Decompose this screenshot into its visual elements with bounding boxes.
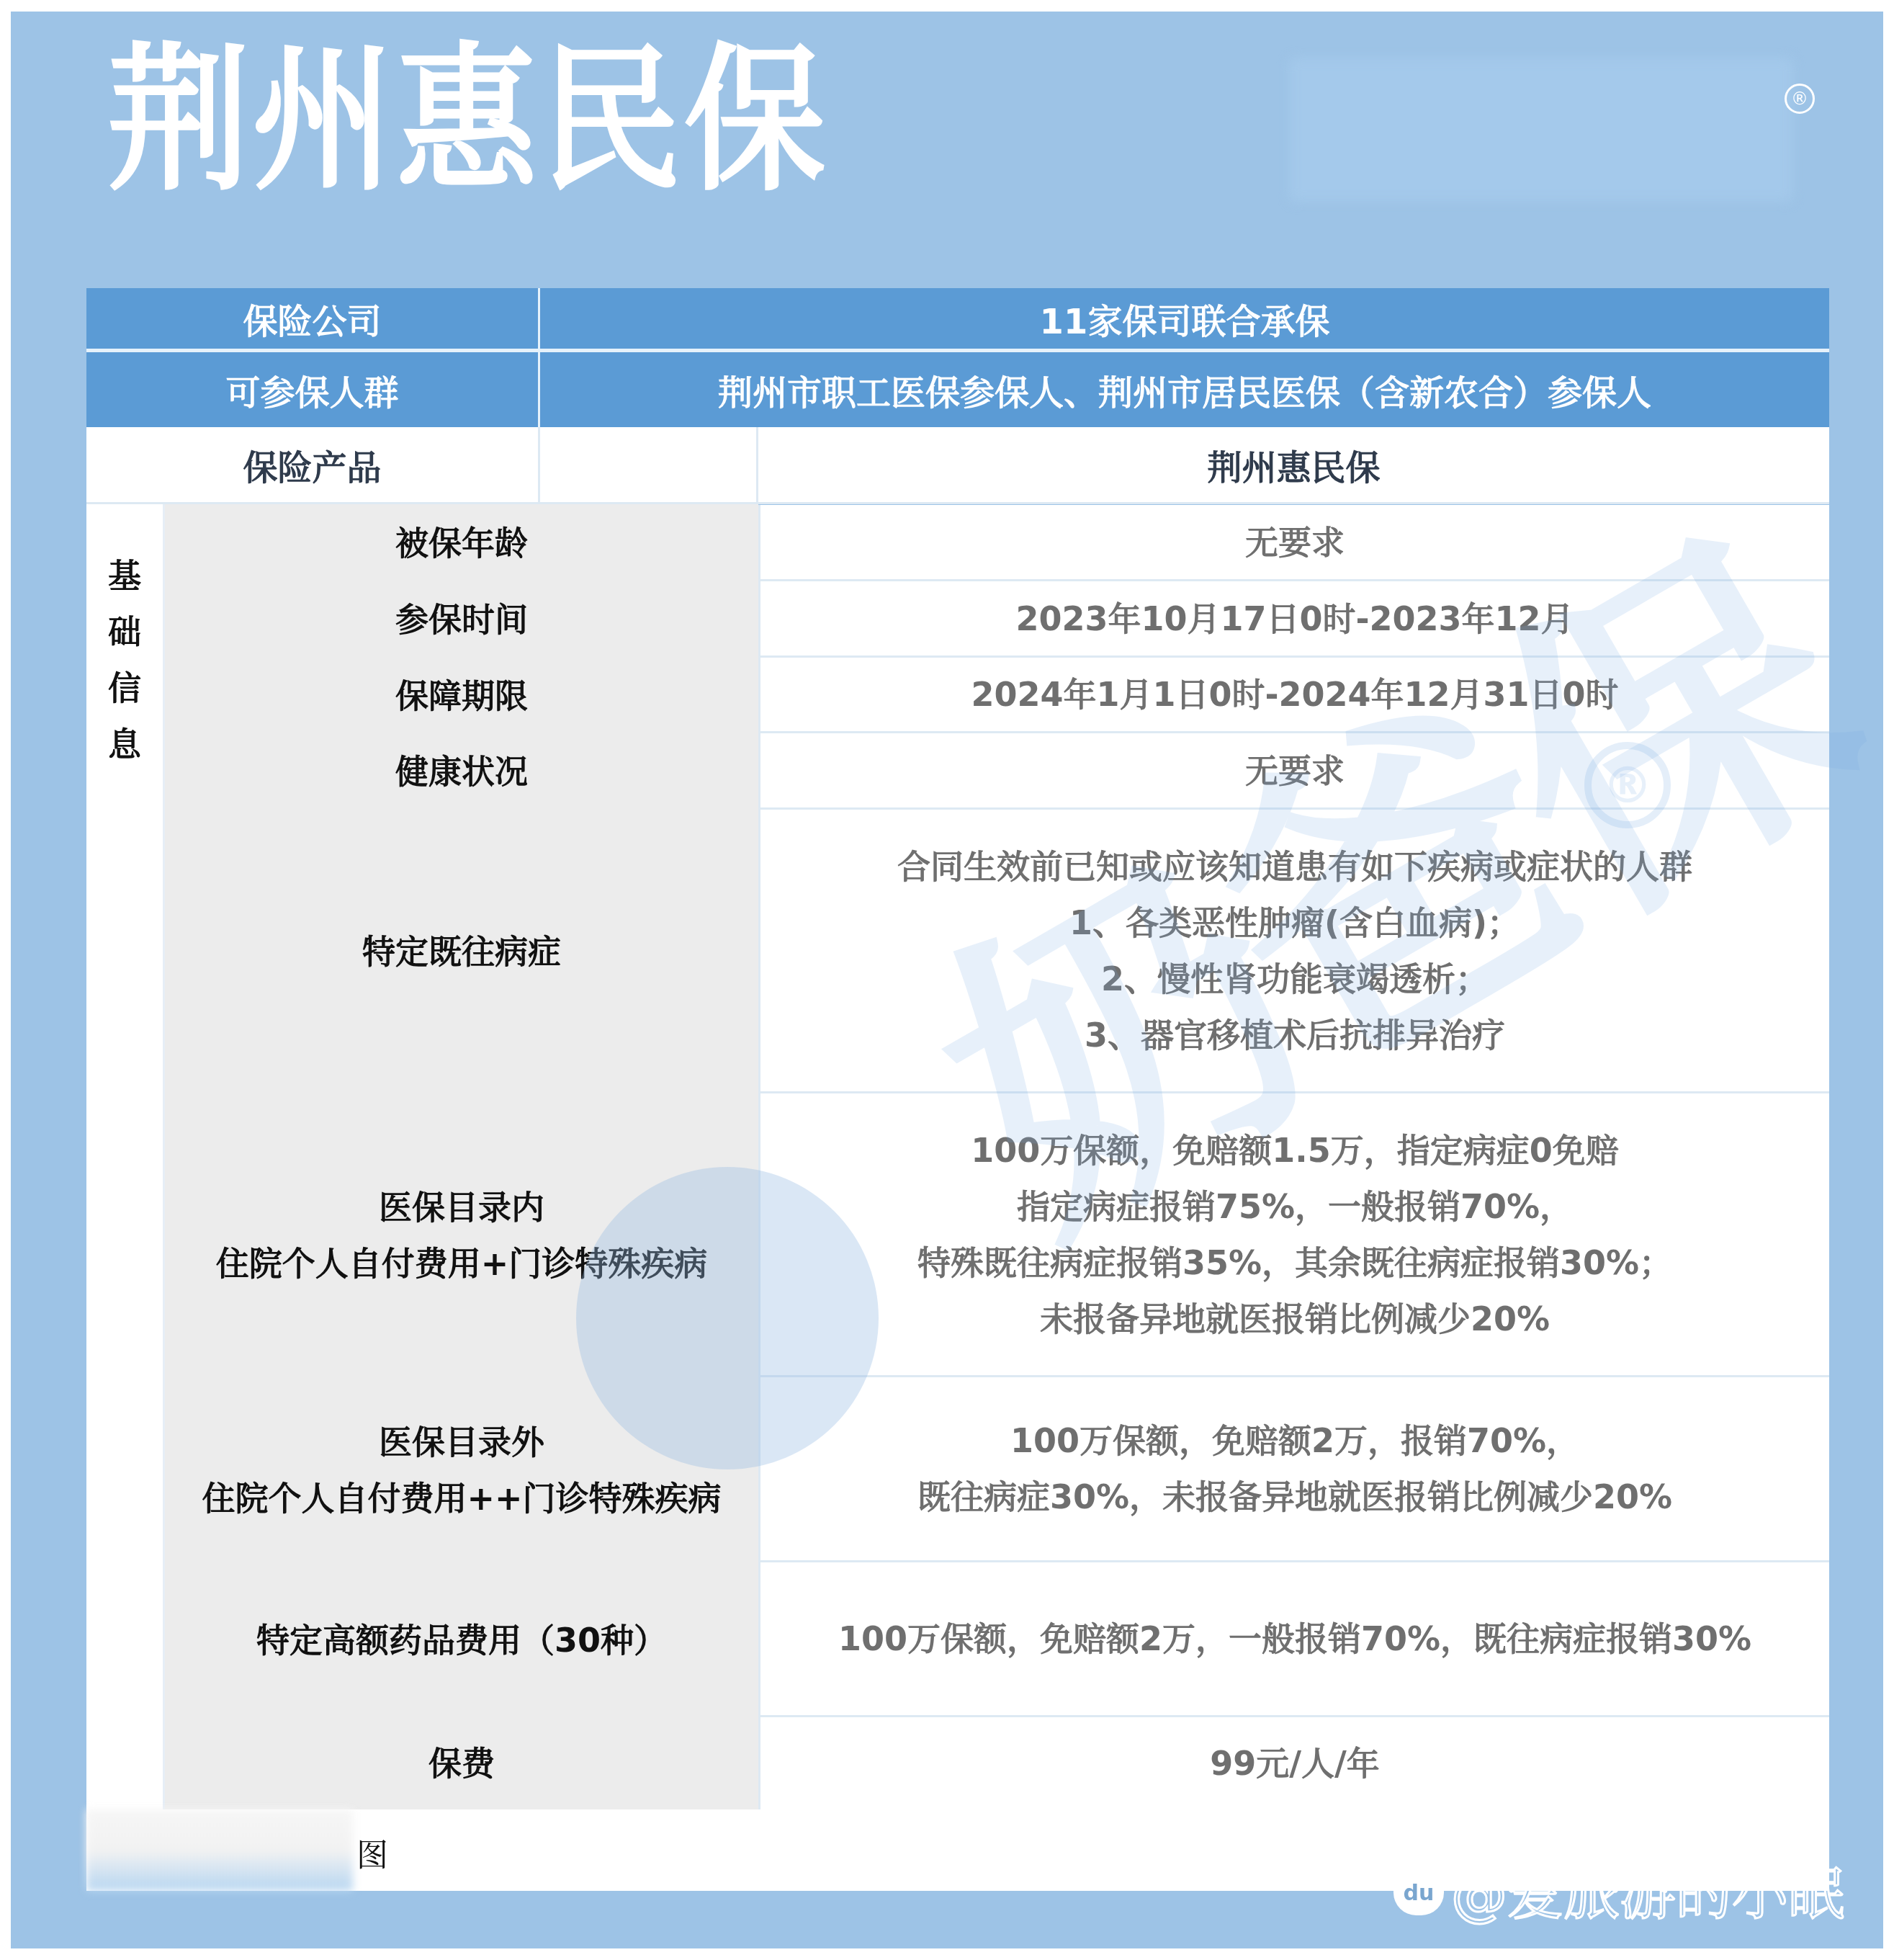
row-value-line: 指定病症报销75%，一般报销70%， [1017, 1178, 1573, 1235]
blurred-caption [86, 1809, 353, 1891]
row-label: 医保目录外 住院个人自付费用++门诊特殊疾病 [165, 1377, 758, 1562]
row-label: 保费 [165, 1717, 758, 1809]
table-row: 保障期限 2024年1月1日0时-2024年12月31日0时 [86, 658, 1829, 733]
table-row: 被保年龄 无要求 [86, 505, 1829, 581]
row-label-line: 健康状况 [395, 743, 528, 800]
row-label: 被保年龄 [165, 505, 758, 581]
blurred-logo [1289, 58, 1793, 202]
row-value-line: 2、慢性肾功能衰竭透析； [1101, 951, 1489, 1007]
row-value-line: 100万保额，免赔额2万，报销70%， [1010, 1413, 1579, 1469]
row-label-line: 医保目录内 [379, 1179, 544, 1235]
table-row: 医保目录内 住院个人自付费用+门诊特殊疾病 100万保额，免赔额1.5万，指定病… [86, 1093, 1829, 1377]
row-value: 无要求 [758, 733, 1829, 810]
row-value: 99元/人/年 [758, 1717, 1829, 1809]
credit-text: @爱旅游的小眠 [1451, 1850, 1844, 1930]
row-label: 健康状况 [165, 733, 758, 810]
table-row: 保费 99元/人/年 [86, 1717, 1829, 1809]
eligible-value: 荆州市职工医保参保人、荆州市居民医保（含新农合）参保人 [540, 352, 1829, 427]
row-value-line: 100万保额，免赔额2万，一般报销70%，既往病症报销30% [838, 1611, 1751, 1667]
row-value-line: 99元/人/年 [1210, 1735, 1380, 1791]
row-value-line: 未报备异地就医报销比例减少20% [1040, 1291, 1550, 1347]
row-value-line: 合同生效前已知或应该知道患有如下疾病或症状的人群 [897, 838, 1692, 895]
table-row: 参保时间 2023年10月17日0时-2023年12月 [86, 581, 1829, 658]
table-row-product: 保险产品 荆州惠民保 [86, 427, 1829, 504]
row-label: 保障期限 [165, 658, 758, 733]
product-spacer [540, 427, 758, 502]
row-label-line: 特定既往病症 [362, 923, 561, 980]
row-label: 特定高额药品费用（30种） [165, 1562, 758, 1717]
table-row: 健康状况 无要求 [86, 733, 1829, 810]
row-value: 100万保额，免赔额2万，报销70%， 既往病症30%，未报备异地就医报销比例减… [758, 1377, 1829, 1562]
row-value-line: 3、器官移植术后抗排异治疗 [1085, 1007, 1505, 1063]
row-value-line: 2023年10月17日0时-2023年12月 [1015, 591, 1574, 647]
row-value-line: 无要求 [1245, 743, 1345, 799]
row-value-line: 1、各类恶性肿瘤(含白血病)； [1069, 895, 1520, 951]
eligible-label: 可参保人群 [86, 352, 540, 427]
row-label-line: 保费 [428, 1735, 495, 1791]
product-value: 荆州惠民保 [758, 427, 1829, 502]
product-label: 保险产品 [86, 427, 540, 502]
baidu-paw-icon: du [1393, 1865, 1444, 1915]
row-label-line: 住院个人自付费用+门诊特殊疾病 [216, 1235, 708, 1292]
row-value-line: 既往病症30%，未报备异地就医报销比例减少20% [917, 1469, 1672, 1525]
table-row: 医保目录外 住院个人自付费用++门诊特殊疾病 100万保额，免赔额2万，报销70… [86, 1377, 1829, 1562]
table-row: 特定高额药品费用（30种） 100万保额，免赔额2万，一般报销70%，既往病症报… [86, 1562, 1829, 1717]
row-label-line: 医保目录外 [379, 1414, 544, 1470]
row-label-line: 被保年龄 [395, 515, 528, 571]
row-value: 合同生效前已知或应该知道患有如下疾病或症状的人群 1、各类恶性肿瘤(含白血病)；… [758, 810, 1829, 1093]
author-credit: du @爱旅游的小眠 [1393, 1850, 1844, 1930]
row-value-line: 100万保额，免赔额1.5万，指定病症0免赔 [971, 1122, 1619, 1178]
insurer-value: 11家保司联合承保 [540, 288, 1829, 349]
row-label: 参保时间 [165, 581, 758, 658]
row-value: 无要求 [758, 505, 1829, 581]
row-label-line: 住院个人自付费用++门诊特殊疾病 [202, 1470, 721, 1526]
row-value: 100万保额，免赔额1.5万，指定病症0免赔 指定病症报销75%，一般报销70%… [758, 1093, 1829, 1377]
registered-mark-icon: ® [1785, 84, 1815, 114]
row-value-line: 特殊既往病症报销35%，其余既往病症报销30%； [917, 1235, 1672, 1291]
table-row: 特定既往病症 合同生效前已知或应该知道患有如下疾病或症状的人群 1、各类恶性肿瘤… [86, 810, 1829, 1093]
row-label: 特定既往病症 [165, 810, 758, 1093]
row-label: 医保目录内 住院个人自付费用+门诊特殊疾病 [165, 1093, 758, 1377]
row-value: 2024年1月1日0时-2024年12月31日0时 [758, 658, 1829, 733]
row-label-line: 特定高额药品费用（30种） [256, 1612, 667, 1668]
row-label-line: 保障期限 [395, 668, 528, 724]
insurer-label: 保险公司 [86, 288, 540, 349]
row-value: 2023年10月17日0时-2023年12月 [758, 581, 1829, 658]
row-value: 100万保额，免赔额2万，一般报销70%，既往病症报销30% [758, 1562, 1829, 1717]
table-row-insurer: 保险公司 11家保司联合承保 [86, 288, 1829, 352]
row-value-line: 2024年1月1日0时-2024年12月31日0时 [971, 666, 1618, 722]
footer-caption: 图 [356, 1830, 388, 1876]
table-row-eligible: 可参保人群 荆州市职工医保参保人、荆州市居民医保（含新农合）参保人 [86, 352, 1829, 427]
page-title: 荆州惠民保 [108, 42, 828, 200]
row-label-line: 参保时间 [395, 591, 528, 648]
row-value-line: 无要求 [1245, 514, 1345, 570]
